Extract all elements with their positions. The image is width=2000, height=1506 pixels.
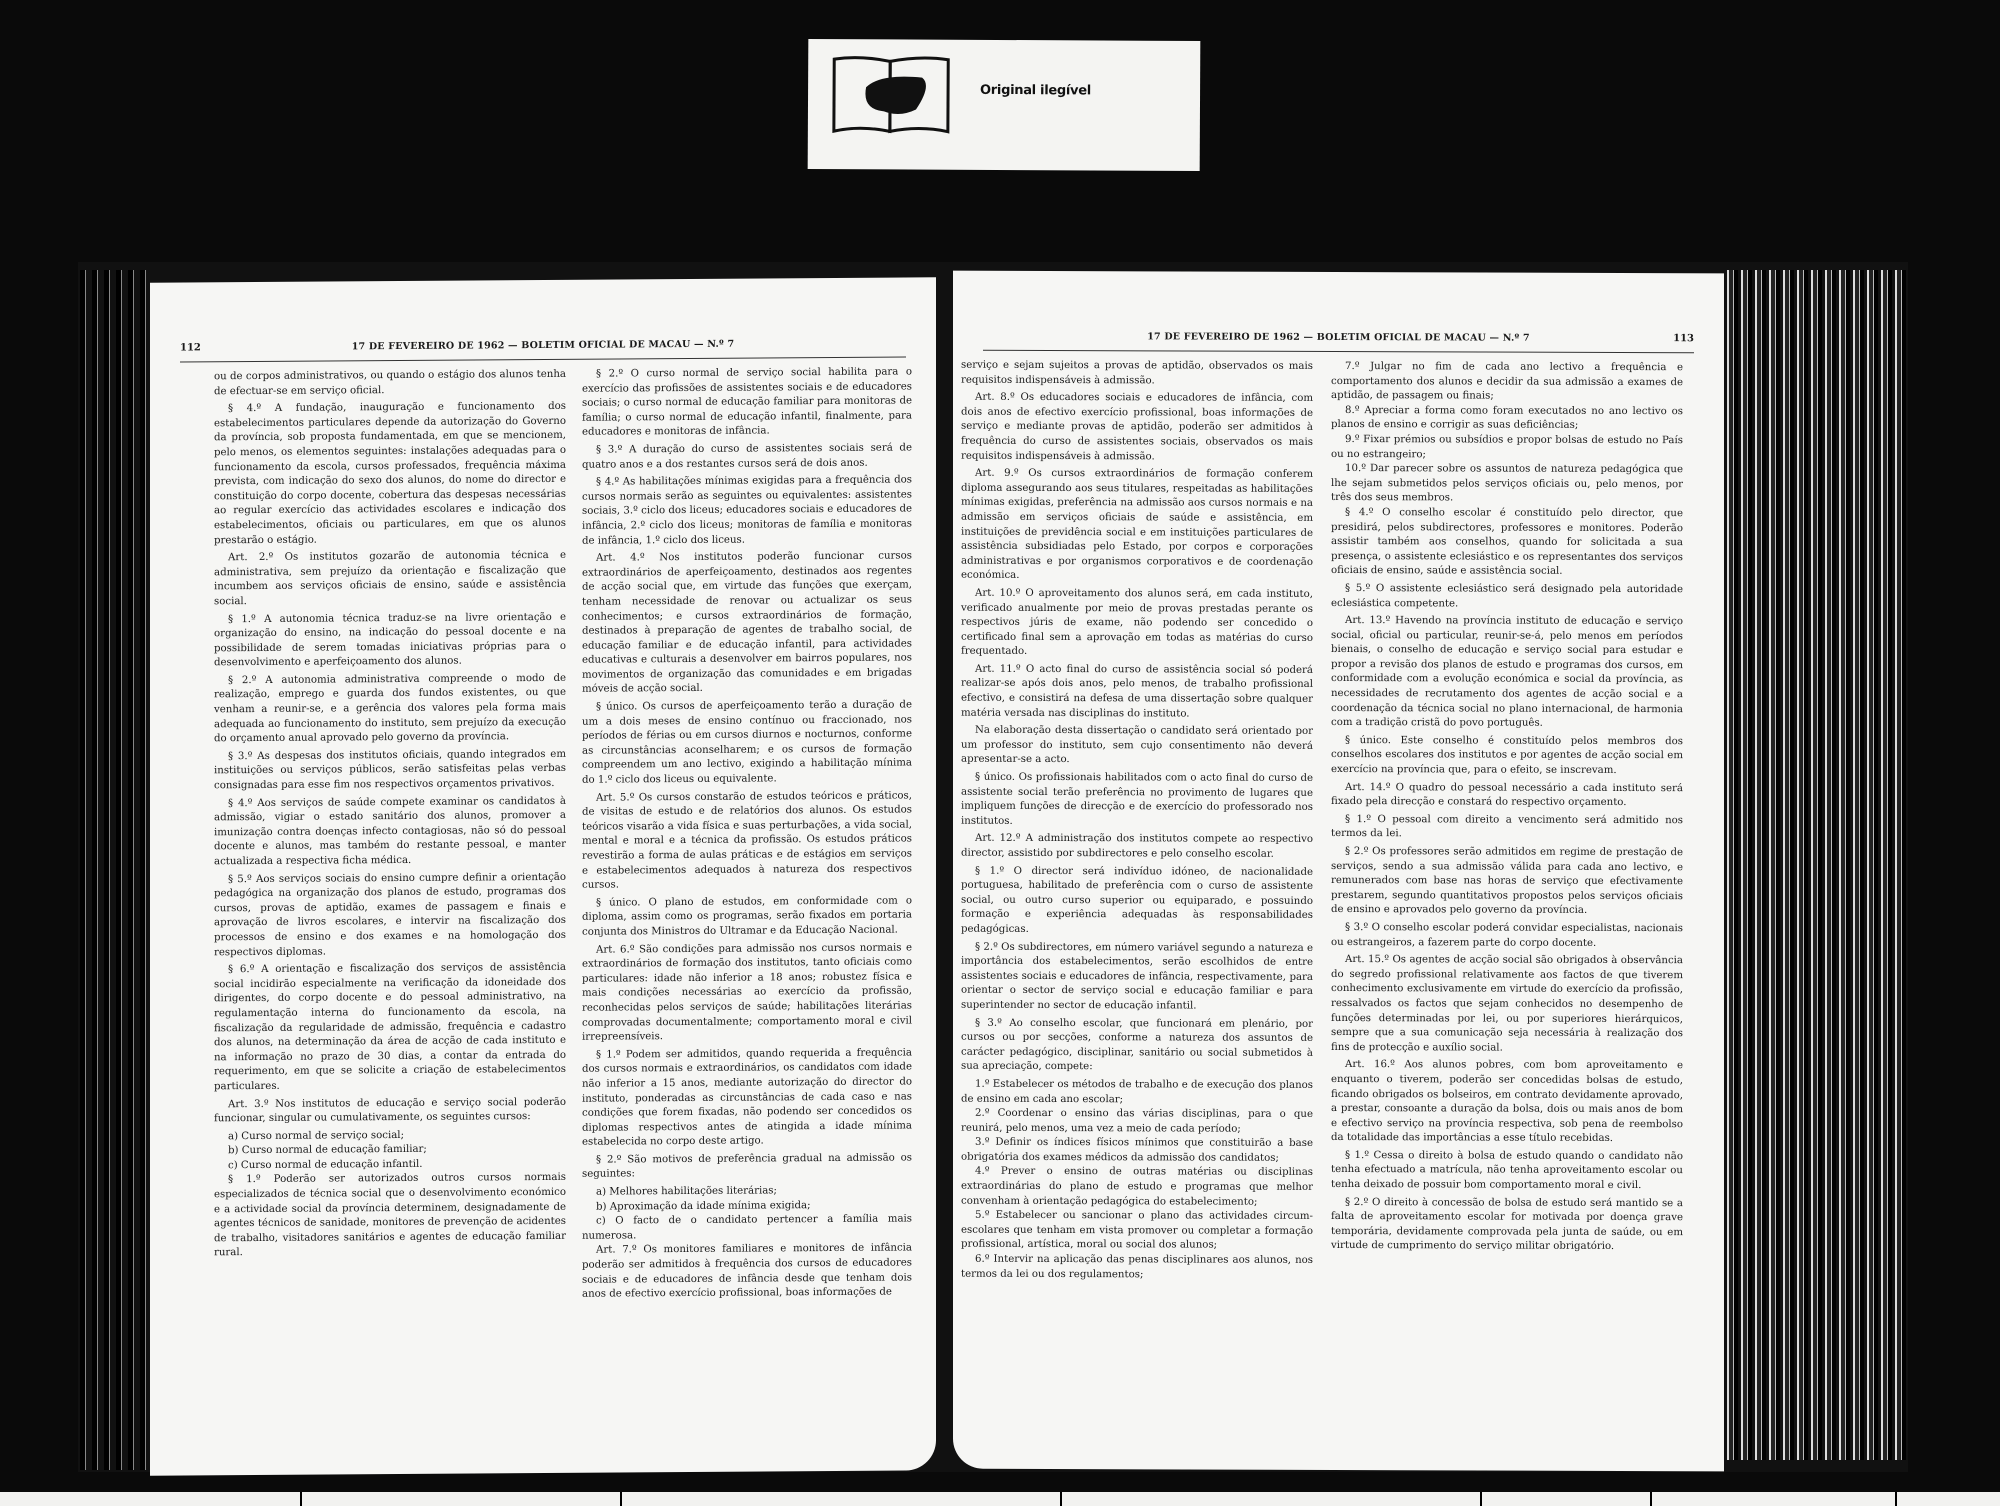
paragraph: Art. 8.º Os educadores sociais e educado… xyxy=(961,391,1313,465)
right-column-2: 7.º Julgar no fim de cada ano lectivo a … xyxy=(1331,360,1683,1258)
paragraph: § 4.º Aos serviços de saúde compete exam… xyxy=(214,794,566,869)
paragraph: § 3.º A duração do curso de assistentes … xyxy=(582,441,912,472)
scan-bottom-strip xyxy=(0,1492,2000,1506)
paragraph: Art. 16.º Aos alunos pobres, com bom apr… xyxy=(1331,1058,1683,1147)
paragraph: § único. Este conselho é constituído pel… xyxy=(1331,734,1683,779)
paragraph: § 5.º O assistente eclesiástico será des… xyxy=(1331,582,1683,612)
stamp-label: Original ilegível xyxy=(980,83,1091,99)
paragraph: § 2.º A autonomia administrativa compree… xyxy=(214,672,566,747)
paragraph: § 5.º Aos serviços sociais do ensino cum… xyxy=(214,870,566,960)
paragraph: Art. 14.º O quadro do pessoal necessário… xyxy=(1331,781,1683,811)
list-item: 8.º Apreciar a forma como foram executad… xyxy=(1331,404,1683,434)
paragraph: § 1.º A autonomia técnica traduz-se na l… xyxy=(214,610,566,671)
left-column-1: ou de corpos administrativos, ou quando … xyxy=(214,368,566,1264)
list-item: 2.º Coordenar o ensino das várias discip… xyxy=(961,1107,1313,1137)
paragraph: § 2.º Os professores serão admitidos em … xyxy=(1331,845,1683,919)
paragraph: Art. 6.º São condições para admissão nos… xyxy=(582,941,912,1045)
list-item: 7.º Julgar no fim de cada ano lectivo a … xyxy=(1331,360,1683,405)
paragraph: Art. 5.º Os cursos constarão de estudos … xyxy=(582,789,912,893)
paragraph: Art. 7.º Os monitores familiares e monit… xyxy=(582,1242,912,1303)
paragraph: § único. O plano de estudos, em conformi… xyxy=(582,894,912,940)
list-item: 9.º Fixar prémios ou subsídios e propor … xyxy=(1331,433,1683,463)
paragraph: § 4.º A fundação, inauguração e funciona… xyxy=(214,400,566,548)
right-page-edges xyxy=(1724,270,1908,1460)
running-head-title: 17 DE FEVEREIRO DE 1962 — BOLETIM OFICIA… xyxy=(983,331,1694,344)
left-page-edges xyxy=(80,270,148,1470)
list-item: 1.º Estabelecer os métodos de trabalho e… xyxy=(961,1078,1313,1108)
open-book-with-blot-icon xyxy=(830,51,952,138)
paragraph: § 2.º O curso normal de serviço social h… xyxy=(582,365,912,440)
paragraph: § 1.º Poderão ser autorizados outros cur… xyxy=(214,1171,566,1261)
paragraph: § 2.º O direito à concessão de bolsa de … xyxy=(1331,1196,1683,1256)
list-item: 6.º Intervir na aplicação das penas disc… xyxy=(961,1253,1313,1283)
right-page: 17 DE FEVEREIRO DE 1962 — BOLETIM OFICIA… xyxy=(953,271,1724,1472)
paragraph: § único. Os cursos de aperfeiçoamento te… xyxy=(582,698,912,788)
paragraph: § 4.º O conselho escolar é constituído p… xyxy=(1331,506,1683,580)
paragraph: § 3.º O conselho escolar poderá convidar… xyxy=(1331,921,1683,951)
paragraph: Art. 4.º Nos institutos poderão funciona… xyxy=(582,550,912,698)
paragraph: § 2.º São motivos de preferência gradual… xyxy=(582,1151,912,1182)
paragraph: § 1.º Cessa o direito à bolsa de estudo … xyxy=(1331,1149,1683,1194)
paragraph: § 4.º As habilitações mínimas exigidas p… xyxy=(582,474,912,549)
paragraph: Na elaboração desta dissertação o candid… xyxy=(961,724,1313,769)
page-number: 113 xyxy=(1673,333,1694,344)
paragraph: Art. 10.º O aproveitamento dos alunos se… xyxy=(961,587,1313,661)
list-item: c) O facto de o candidato pertencer a fa… xyxy=(582,1213,912,1244)
right-running-head: 17 DE FEVEREIRO DE 1962 — BOLETIM OFICIA… xyxy=(983,331,1694,353)
paragraph: ou de corpos administrativos, ou quando … xyxy=(214,368,566,400)
paragraph: § 3.º Ao conselho escolar, que funcionar… xyxy=(961,1016,1313,1076)
paragraph: § único. Os profissionais habilitados co… xyxy=(961,771,1313,831)
paragraph: § 2.º Os subdirectores, em número variáv… xyxy=(961,940,1313,1014)
running-head-title: 17 DE FEVEREIRO DE 1962 — BOLETIM OFICIA… xyxy=(180,337,906,353)
paragraph: § 1.º Podem ser admitidos, quando requer… xyxy=(582,1046,912,1150)
left-page: 112 17 DE FEVEREIRO DE 1962 — BOLETIM OF… xyxy=(150,277,936,1475)
list-item: 4.º Prever o ensino de outras matérias o… xyxy=(961,1165,1313,1210)
paragraph: Art. 11.º O acto final do curso de assis… xyxy=(961,663,1313,723)
paragraph: Art. 12.º A administração dos institutos… xyxy=(961,832,1313,862)
list-item: 3.º Definir os índices físicos mínimos q… xyxy=(961,1136,1313,1166)
list-item: 10.º Dar parecer sobre os assuntos de na… xyxy=(1331,462,1683,507)
paragraph: Art. 3.º Nos institutos de educação e se… xyxy=(214,1095,566,1127)
paragraph: Art. 15.º Os agentes de acção social são… xyxy=(1331,953,1683,1056)
list-item: 5.º Estabelecer ou sancionar o plano das… xyxy=(961,1209,1313,1254)
paragraph: § 3.º As despesas dos institutos oficiai… xyxy=(214,748,566,794)
illegible-original-stamp: Original ilegível xyxy=(808,39,1201,171)
left-running-head: 112 17 DE FEVEREIRO DE 1962 — BOLETIM OF… xyxy=(180,337,906,362)
paragraph: § 1.º O pessoal com direito a vencimento… xyxy=(1331,813,1683,843)
right-column-1: serviço e sejam sujeitos a provas de apt… xyxy=(961,359,1313,1283)
paragraph: Art. 2.º Os institutos gozarão de autono… xyxy=(214,549,566,610)
paragraph: § 1.º O director será indivíduo idóneo, … xyxy=(961,864,1313,938)
paragraph: Art. 13.º Havendo na província instituto… xyxy=(1331,614,1683,732)
paragraph: Art. 9.º Os cursos extraordinários de fo… xyxy=(961,467,1313,585)
paragraph: § 6.º A orientação e fiscalização dos se… xyxy=(214,961,566,1095)
paragraph: serviço e sejam sujeitos a provas de apt… xyxy=(961,359,1313,389)
left-column-2: § 2.º O curso normal de serviço social h… xyxy=(582,365,912,1305)
